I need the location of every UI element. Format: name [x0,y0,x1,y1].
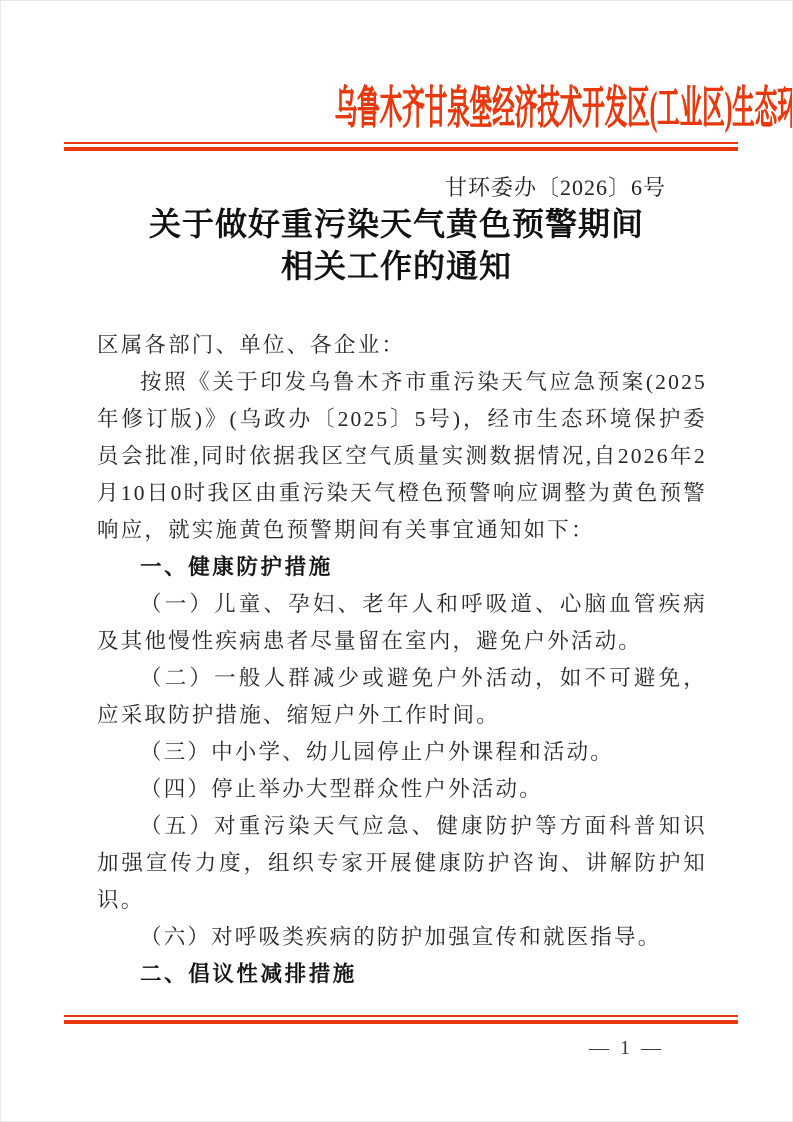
document-page: 乌鲁木齐甘泉堡经济技术开发区(工业区)生态环境保护委员会办公室 甘环委办〔202… [0,0,793,1122]
intro-paragraph: 按照《关于印发乌鲁木齐市重污染天气应急预案(2025年修订版)》(乌政办〔202… [97,364,707,549]
notice-title-line2: 相关工作的通知 [1,245,792,287]
section1-item-5: （五）对重污染天气应急、健康防护等方面科普知识加强宣传力度，组织专家开展健康防护… [97,808,707,919]
footer-divider [64,1015,738,1024]
section-heading-2: 二、倡议性减排措施 [97,956,707,993]
doc-number: 甘环委办〔2026〕6号 [445,171,666,202]
section1-item-2: （二）一般人群减少或避免户外活动，如不可避免，应采取防护措施、缩短户外工作时间。 [97,660,707,734]
page-number: — 1 — [589,1037,664,1060]
section1-item-3: （三）中小学、幼儿园停止户外课程和活动。 [97,734,707,771]
salutation: 区属各部门、单位、各企业： [97,327,707,364]
notice-title: 关于做好重污染天气黄色预警期间 相关工作的通知 [1,203,792,287]
org-name: 乌鲁木齐甘泉堡经济技术开发区(工业区)生态环境保护委员会办公室 [335,71,793,136]
notice-title-line1: 关于做好重污染天气黄色预警期间 [1,203,792,245]
section1-item-1: （一）儿童、孕妇、老年人和呼吸道、心脑血管疾病及其他慢性疾病患者尽量留在室内，避… [97,586,707,660]
section1-item-4: （四）停止举办大型群众性户外活动。 [97,771,707,808]
letterhead-banner: 乌鲁木齐甘泉堡经济技术开发区(工业区)生态环境保护委员会办公室 [1,71,792,136]
letterhead-divider [64,142,738,151]
section1-item-6: （六）对呼吸类疾病的防护加强宣传和就医指导。 [97,919,707,956]
section-heading-1: 一、健康防护措施 [97,549,707,586]
notice-body: 区属各部门、单位、各企业： 按照《关于印发乌鲁木齐市重污染天气应急预案(2025… [97,327,707,993]
